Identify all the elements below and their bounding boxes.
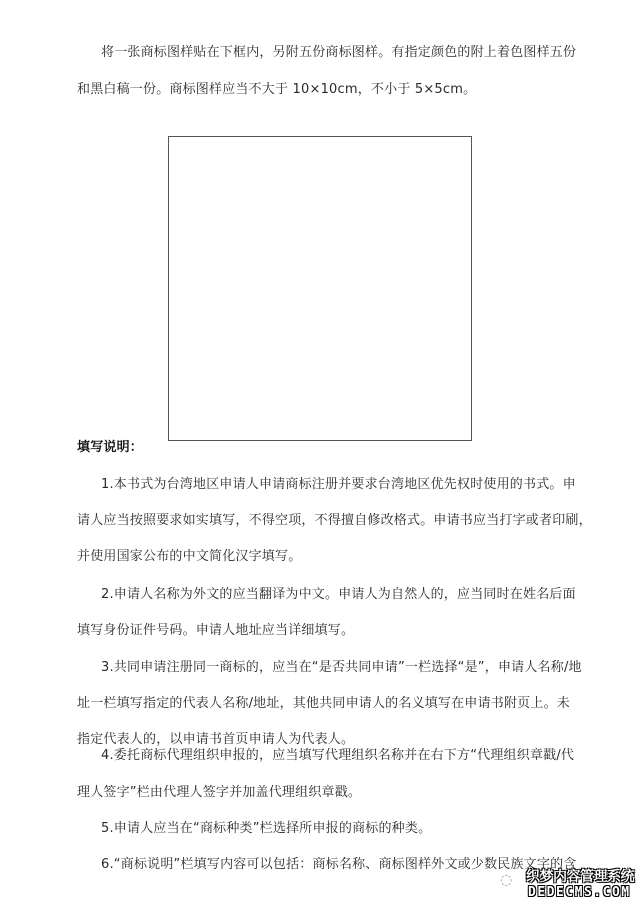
trademark-sample-box	[168, 136, 472, 441]
intro-line-2: 和黑白稿一份。商标图样应当不大于 10×10cm，不小于 5×5cm。	[77, 78, 476, 97]
instruction-1-line-1: 1.本书式为台湾地区申请人申请商标注册并要求台湾地区优先权时使用的书式。申	[101, 473, 576, 492]
instructions-heading: 填写说明：	[77, 436, 143, 455]
instruction-1-line-2: 请人应当按照要求如实填写，不得空项，不得擅自修改格式。申请书应当打字或者印刷，	[77, 509, 592, 528]
watermark-en: DEDECMS.COM	[528, 885, 631, 900]
instruction-5-line-1: 5.申请人应当在“商标种类”栏选择所申报的商标的种类。	[101, 817, 431, 836]
instruction-4-line-2: 理人签字”栏由代理人签字并加盖代理组织章戳。	[77, 781, 361, 800]
wechat-icon: ◌	[500, 872, 512, 888]
intro-line-1: 将一张商标图样贴在下框内，另附五份商标图样。有指定颜色的附上着色图样五份	[101, 41, 576, 60]
instruction-3-line-2: 址一栏填写指定的代表人名称/地址，其他共同申请人的名义填写在申请书附页上。未	[77, 692, 570, 711]
instruction-3-line-1: 3.共同申请注册同一商标的，应当在“是否共同申请”一栏选择“是”，申请人名称/地	[101, 656, 582, 675]
instruction-2-line-2: 填写身份证件号码。申请人地址应当详细填写。	[77, 619, 354, 638]
instruction-1-line-3: 并使用国家公布的中文简化汉字填写。	[77, 545, 301, 564]
watermark: ◌ 织梦内容管理系统 DEDECMS.COM	[500, 866, 640, 906]
instruction-4-line-1: 4.委托商标代理组织申报的，应当填写代理组织名称并在右下方“代理组织章戳/代	[101, 744, 574, 763]
watermark-cn: 织梦内容管理系统	[526, 866, 634, 886]
instruction-2-line-1: 2.申请人名称为外文的应当翻译为中文。申请人为自然人的，应当同时在姓名后面	[101, 583, 576, 602]
